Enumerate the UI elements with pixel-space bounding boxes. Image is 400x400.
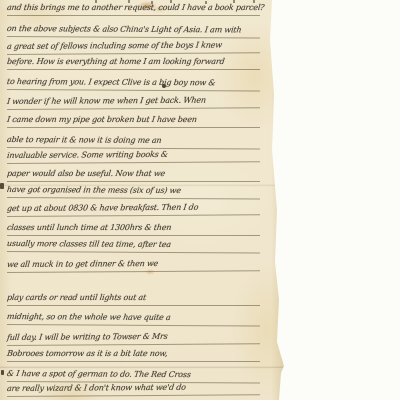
letter-line: and this brings me to another request, c… — [7, 0, 260, 16]
letter-line-text: I wonder if he will know me when I get b… — [6, 93, 207, 109]
letter-line-text: a great set of fellows including some of… — [6, 37, 223, 54]
handwritten-text-block: and this brings me to another request, c… — [0, 0, 287, 400]
scanned-letter-page: and this brings me to another request, c… — [0, 0, 400, 400]
letter-line-text: get up at about 0830 & have breakfast. T… — [6, 200, 199, 216]
letter-line: I came down my pipe got broken but I hav… — [7, 112, 260, 128]
letter-line-text: we all muck in to get dinner & then we — [6, 256, 159, 272]
letter-line: I wonder if he will know me when I get b… — [7, 92, 260, 110]
letter-line: Bobrooes tomorrow as it is a bit late no… — [7, 346, 260, 362]
letter-line: full day. I will be writing to Towser & … — [7, 328, 260, 346]
letter-line-text: to hearing from you. I expect Clive is a… — [6, 74, 216, 90]
letter-line-text: paper would also be useful. Now that we — [6, 166, 166, 181]
letter-line-text: invaluable service. Some writing books & — [6, 147, 169, 163]
letter-line-text: full day. I will be writing to Towser & … — [6, 329, 168, 345]
letter-line: have got organised in the mess (six of u… — [7, 182, 260, 200]
letter-line-text: midnight, so on the whole we have quite … — [6, 309, 171, 325]
letter-line: we all muck in to get dinner & then we — [7, 255, 260, 273]
letter-line-text: are really wizard & I don't know what we… — [6, 380, 187, 396]
letter-line-text: Bobrooes tomorrow as it is a bit late no… — [6, 346, 168, 361]
letter-line-text: before. How is everything at home I am l… — [6, 54, 225, 69]
letter-paper: and this brings me to another request, c… — [0, 0, 287, 400]
letter-line: play cards or read until lights out at — [7, 290, 260, 306]
letter-line: to hearing from you. I expect Clive is a… — [7, 74, 260, 92]
letter-line-text: and this brings me to another request, c… — [6, 0, 265, 15]
letter-line-text: play cards or read until lights out at — [6, 290, 147, 305]
letter-line: classes until lunch time at 1300hrs & th… — [7, 220, 260, 236]
letter-line-text: on the above subjects & also China's Lig… — [6, 21, 242, 37]
letter-line: invaluable service. Some writing books & — [7, 146, 260, 164]
letter-line: midnight, so on the whole we have quite … — [7, 309, 260, 327]
letter-line: get up at about 0830 & have breakfast. T… — [7, 199, 260, 217]
letter-line: usually more classes till tea time, afte… — [7, 236, 260, 254]
letter-line: before. How is everything at home I am l… — [7, 54, 260, 70]
letter-line: paper would also be useful. Now that we — [7, 166, 260, 182]
letter-line-text: usually more classes till tea time, afte… — [6, 236, 172, 252]
letter-line-text: classes until lunch time at 1300hrs & th… — [6, 220, 172, 235]
letter-line: on the above subjects & also China's Lig… — [7, 21, 260, 39]
letter-line: a great set of fellows including some of… — [7, 37, 260, 55]
letter-line: are really wizard & I don't know what we… — [7, 379, 260, 397]
letter-line-text: have got organised in the mess (six of u… — [6, 182, 182, 198]
letter-line-text: able to repair it & now it is doing me a… — [6, 132, 162, 148]
letter-line-text: I came down my pipe got broken but I hav… — [6, 112, 198, 127]
